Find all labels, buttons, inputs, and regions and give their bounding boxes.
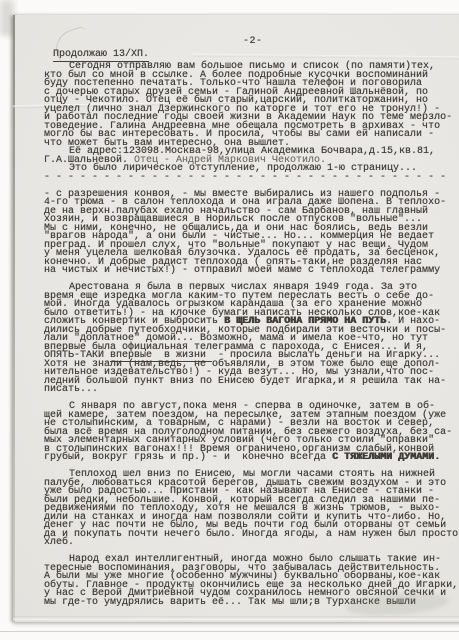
text-line: - - - - - - - - - - - - - - - - - - - - … [44,174,459,183]
text-segment: - - - - - - - - - - - - - - - - - - - - … [44,172,446,183]
text-segment: ледний большой пункт вниз по Енисею буде… [44,376,446,387]
letter-body: Сегодня отправляю вам большое письмо и с… [44,63,459,607]
text-segment: на чистых и нечистых!) - отправил моей м… [44,265,440,276]
text-segment: хлеб. [44,537,74,548]
paper-left-edge [13,15,15,622]
paper-bottom-fold [13,616,459,620]
page-number: -2- [243,36,263,47]
text-line: грубый, вокруг грязь и пр.) - и конечно … [44,454,459,463]
text-line: хлеб. [44,539,459,548]
paper-sheet: -2- Продолжаю 13/ХП. Сегодня отправляю в… [13,15,459,622]
text-segment: С ТЯЖЕЛЫМИ ДУМАМИ. [332,452,440,463]
background-fold-line [0,631,459,632]
text-segment: грубый, вокруг грязь и пр.) - и конечно … [44,452,332,463]
paper-crease [193,54,459,60]
text-line: на чистых и нечистых!) - отправил моей м… [44,267,459,276]
text-line: ледний большой пункт вниз по Енисею буде… [44,378,459,387]
scan-corner-shadow [0,0,14,36]
text-segment: да и покупать почти нечего было. Иногда … [44,529,458,540]
text-line: да и покупать почти нечего было. Иногда … [44,531,459,540]
text-segment: писать... [44,384,98,395]
scanned-letter-page: -2- Продолжаю 13/ХП. Сегодня отправляю в… [0,0,459,640]
text-line: писать... [44,386,459,395]
